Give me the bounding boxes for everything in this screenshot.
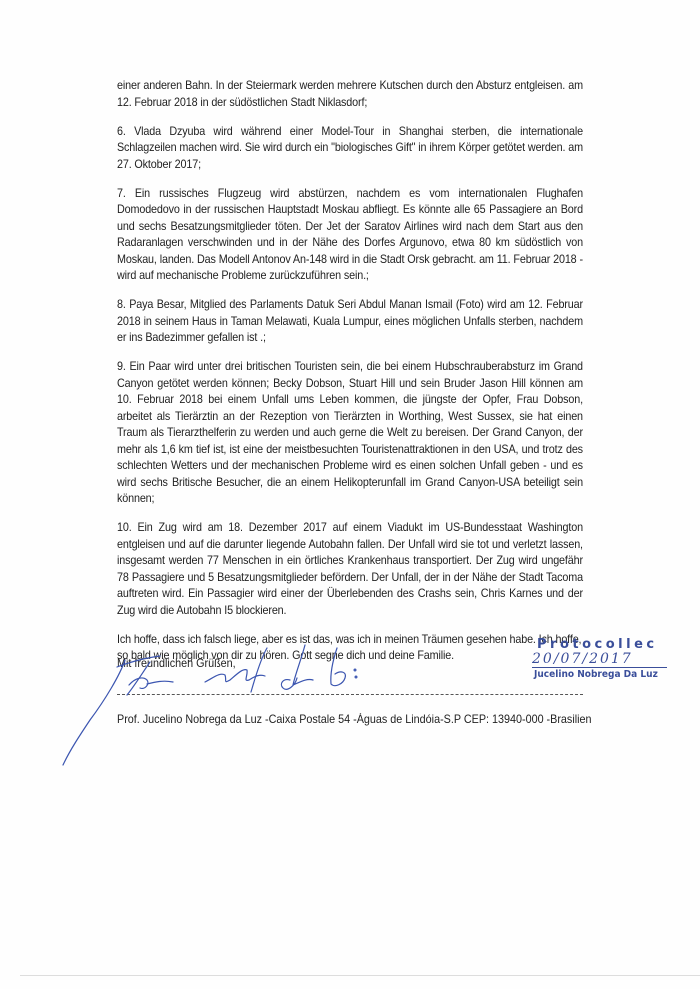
paragraph-5-continuation: einer anderen Bahn. In der Steiermark we… [117, 78, 583, 111]
paragraph-7: 7. Ein russisches Flugzeug wird abstürze… [117, 186, 583, 285]
document-page: einer anderen Bahn. In der Steiermark we… [0, 0, 700, 989]
letter-body: einer anderen Bahn. In der Steiermark we… [117, 78, 583, 677]
signature-dashed-line [117, 694, 583, 695]
stamp-date: 20/07/2017 [532, 652, 667, 668]
sender-address: Prof. Jucelino Nobrega da Luz -Caixa Pos… [117, 713, 592, 726]
paragraph-10: 10. Ein Zug wird am 18. Dezember 2017 au… [117, 520, 583, 619]
stamp-title: Protocollec [537, 637, 680, 652]
paragraph-8: 8. Paya Besar, Mitglied des Parlaments D… [117, 297, 583, 347]
paragraph-9: 9. Ein Paar wird unter drei britischen T… [117, 359, 583, 508]
stamp-name: Jucelino Nobrega Da Luz [534, 669, 673, 680]
protocol-stamp: Protocollec 20/07/2017 Jucelino Nobrega … [520, 637, 680, 680]
closing-greeting: Mit freundlichen Grüßen, [117, 657, 236, 670]
page-bottom-edge [20, 975, 700, 976]
paragraph-6: 6. Vlada Dzyuba wird während einer Model… [117, 124, 583, 174]
